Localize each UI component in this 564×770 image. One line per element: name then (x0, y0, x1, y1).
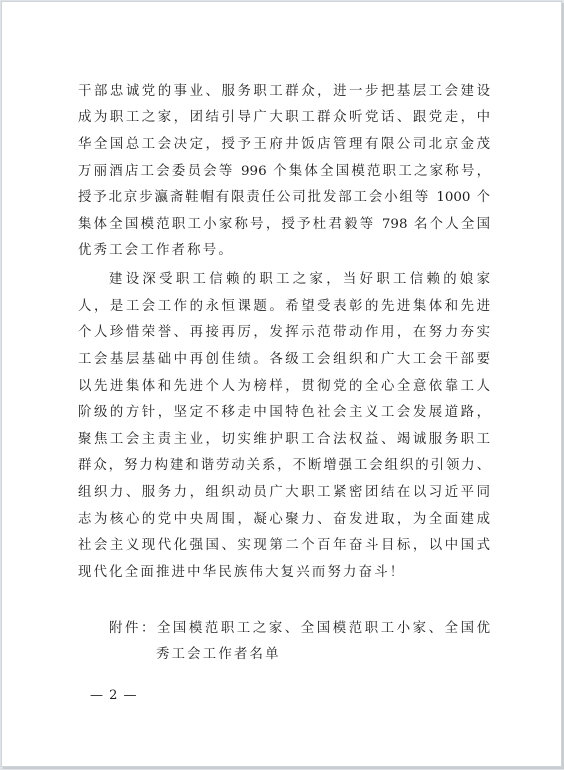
text-line: 群众，努力构建和谐劳动关系，不断增强工会组织的引领力、 (78, 453, 490, 479)
text-line: 志为核心的党中央周围，凝心聚力、奋发进取，为全面建成 (78, 507, 490, 533)
text-line: 优秀工会工作者称号。 (78, 238, 490, 264)
text-line: 组织力、服务力，组织动员广大职工紧密团结在以习近平同 (78, 480, 490, 506)
text-line: 干部忠诚党的事业、服务职工群众，进一步把基层工会建设 (78, 79, 490, 105)
text-line: 个人珍惜荣誉、再接再厉，发挥示范带动作用，在努力夯实 (78, 320, 490, 346)
text-line: 建设深受职工信赖的职工之家，当好职工信赖的娘家 (109, 267, 490, 293)
attachment-line-1: 附件：全国模范职工之家、全国模范职工小家、全国优 (109, 616, 490, 642)
page-number: — 2 — (90, 688, 138, 703)
text-line: 成为职工之家，团结引导广大职工群众听党话、跟党走，中 (78, 105, 490, 131)
text-line: 社会主义现代化强国、实现第二个百年奋斗目标，以中国式 (78, 533, 490, 559)
text-line: 阶级的方针，坚定不移走中国特色社会主义工会发展道路， (78, 400, 490, 426)
attachment-line-2: 秀工会工作者名单 (156, 642, 281, 668)
text-line: 人，是工会工作的永恒课题。希望受表彰的先进集体和先进 (78, 294, 490, 320)
text-line: 授予北京步瀛斋鞋帽有限责任公司批发部工会小组等 1000 个 (78, 185, 490, 211)
text-line: 以先进集体和先进个人为榜样，贯彻党的全心全意依靠工人 (78, 374, 490, 400)
text-line: 现代化全面推进中华民族伟大复兴而努力奋斗！ (78, 560, 490, 586)
document-page: 干部忠诚党的事业、服务职工群众，进一步把基层工会建设 成为职工之家，团结引导广大… (1, 1, 562, 767)
text-line: 聚焦工会主责主业，切实维护职工合法权益、竭诚服务职工 (78, 427, 490, 453)
text-line: 集体全国模范职工小家称号，授予杜君毅等 798 名个人全国 (78, 212, 490, 238)
text-line: 工会基层基础中再创佳绩。各级工会组织和广大工会干部要 (78, 347, 490, 373)
text-line: 华全国总工会决定，授予王府井饭店管理有限公司北京金茂 (78, 132, 490, 158)
text-line: 万丽酒店工会委员会等 996 个集体全国模范职工之家称号， (78, 159, 490, 185)
